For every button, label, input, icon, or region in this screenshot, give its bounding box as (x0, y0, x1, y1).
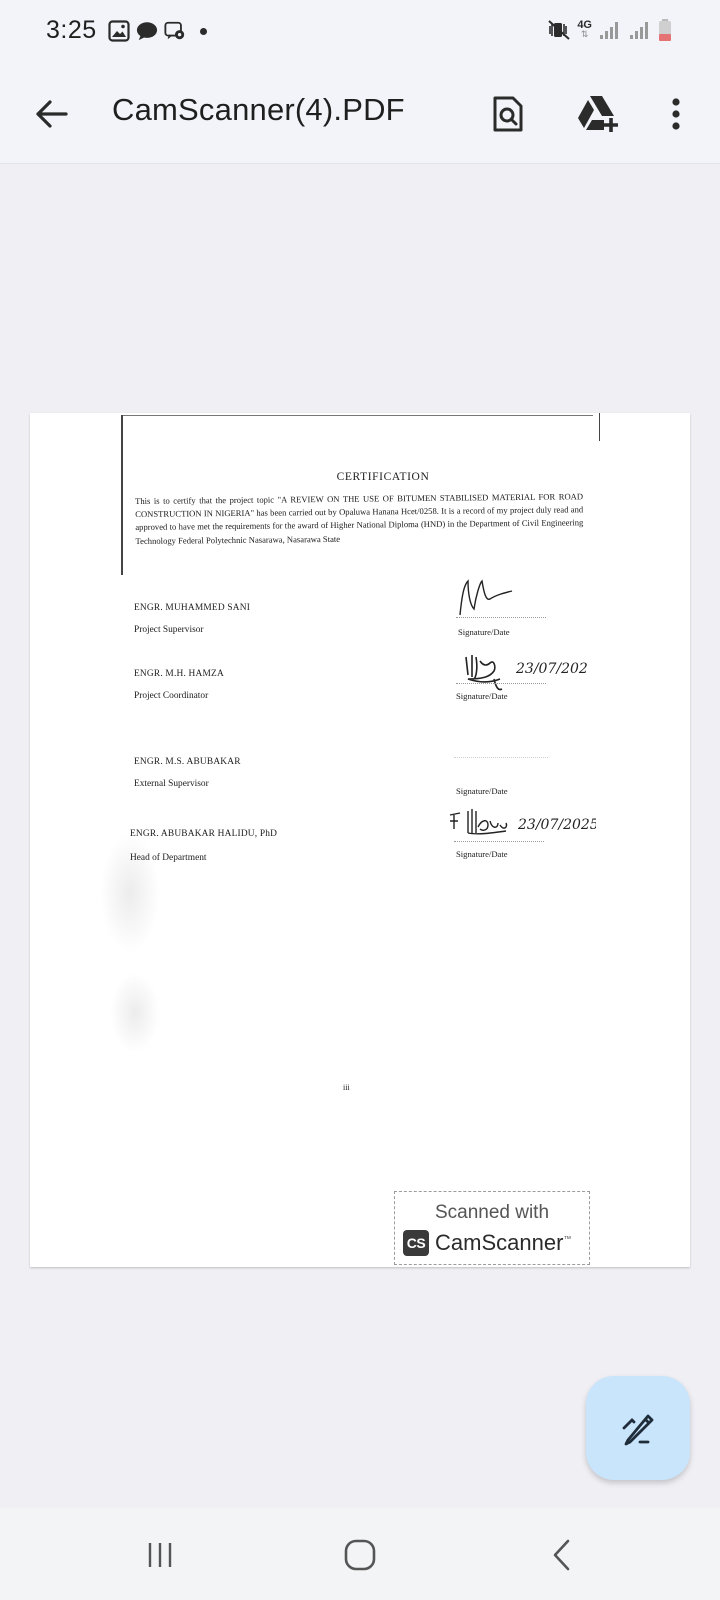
handwritten-date: 23/07/2025 (514, 657, 588, 679)
home-icon (343, 1538, 377, 1572)
signatory-role: External Supervisor (134, 779, 209, 789)
pdf-page[interactable]: CERTIFICATION This is to certify that th… (30, 413, 690, 1267)
more-notifications-dot (200, 28, 207, 35)
signatory-role: Project Supervisor (134, 625, 204, 635)
signatory-name: ENGR. M.S. ABUBAKAR (134, 757, 241, 767)
trademark: ™ (563, 1235, 571, 1244)
edit-fab[interactable] (586, 1376, 690, 1480)
status-indicators: 4G ⇅ (547, 18, 672, 42)
signatory-name: ENGR. ABUBAKAR HALIDU, PhD (130, 829, 277, 839)
watermark-text: Scanned with (395, 1202, 589, 1224)
drive-add-icon (576, 94, 620, 134)
app-bar: CamScanner(4).PDF (0, 66, 720, 164)
handwritten-date: 23/07/2025 (516, 813, 596, 835)
battery-low-icon (658, 18, 672, 42)
add-to-drive-button[interactable] (572, 88, 624, 140)
network-type-icon: 4G ⇅ (577, 21, 592, 39)
document-title: CamScanner(4).PDF (112, 92, 405, 128)
arrow-back-icon (35, 99, 69, 129)
more-vertical-icon (671, 97, 681, 131)
search-in-document-button[interactable] (482, 88, 534, 140)
signature-line (456, 617, 546, 618)
signature-line (454, 841, 544, 842)
signature-scribble (448, 805, 520, 841)
camscanner-logo-icon: CS (403, 1230, 429, 1256)
camscanner-watermark: Scanned with CS CamScanner™ (394, 1191, 590, 1265)
signature-line (456, 683, 546, 684)
signature-date-label: Signature/Date (456, 786, 508, 796)
scan-margin-line (121, 415, 123, 575)
recent-apps-button[interactable] (130, 1530, 190, 1580)
signatory-name: ENGR. MUHAMMED SANI (134, 603, 250, 613)
scan-smudge (100, 833, 160, 953)
notification-icons (108, 20, 207, 42)
document-search-icon (491, 95, 525, 133)
mute-vibrate-icon (547, 19, 571, 41)
certification-heading: CERTIFICATION (30, 471, 690, 483)
recent-apps-icon (145, 1540, 175, 1570)
gallery-icon (108, 20, 130, 42)
chat-bubble-icon (136, 20, 158, 42)
svg-text:23/07/2025: 23/07/2025 (515, 661, 588, 677)
signatory-role: Project Coordinator (134, 691, 208, 701)
home-button[interactable] (330, 1530, 390, 1580)
watermark-brand-name: CamScanner™ (435, 1230, 571, 1256)
nav-back-button[interactable] (532, 1530, 592, 1580)
certification-body: This is to certify that the project topi… (135, 490, 584, 548)
status-time: 3:25 (46, 16, 97, 45)
signature-date-label: Signature/Date (456, 691, 508, 701)
signal-bars-icon-2 (628, 19, 652, 41)
chat-settings-icon (164, 20, 186, 42)
status-bar: 3:25 4G ⇅ (0, 0, 720, 66)
signatory-role: Head of Department (130, 853, 207, 863)
scan-edge-line-right (599, 413, 600, 441)
scan-edge-line (123, 415, 593, 416)
system-nav-bar (0, 1508, 720, 1600)
signatory-name: ENGR. M.H. HAMZA (134, 669, 224, 679)
page-number: iii (343, 1083, 350, 1092)
scanned-document: CERTIFICATION This is to certify that th… (30, 413, 690, 1267)
signature-line (454, 757, 548, 758)
signal-bars-icon (598, 19, 622, 41)
brand-name: CamScanner (435, 1230, 563, 1255)
edit-pen-icon (618, 1408, 658, 1448)
nav-back-icon (550, 1538, 574, 1572)
signature-date-label: Signature/Date (456, 849, 508, 859)
scan-smudge-2 (110, 973, 160, 1053)
watermark-brand: CS CamScanner™ (403, 1230, 571, 1256)
signature-scribble (456, 575, 516, 619)
back-button[interactable] (30, 92, 74, 136)
signature-date-label: Signature/Date (458, 627, 510, 637)
more-options-button[interactable] (650, 88, 702, 140)
svg-text:23/07/2025: 23/07/2025 (517, 817, 596, 833)
